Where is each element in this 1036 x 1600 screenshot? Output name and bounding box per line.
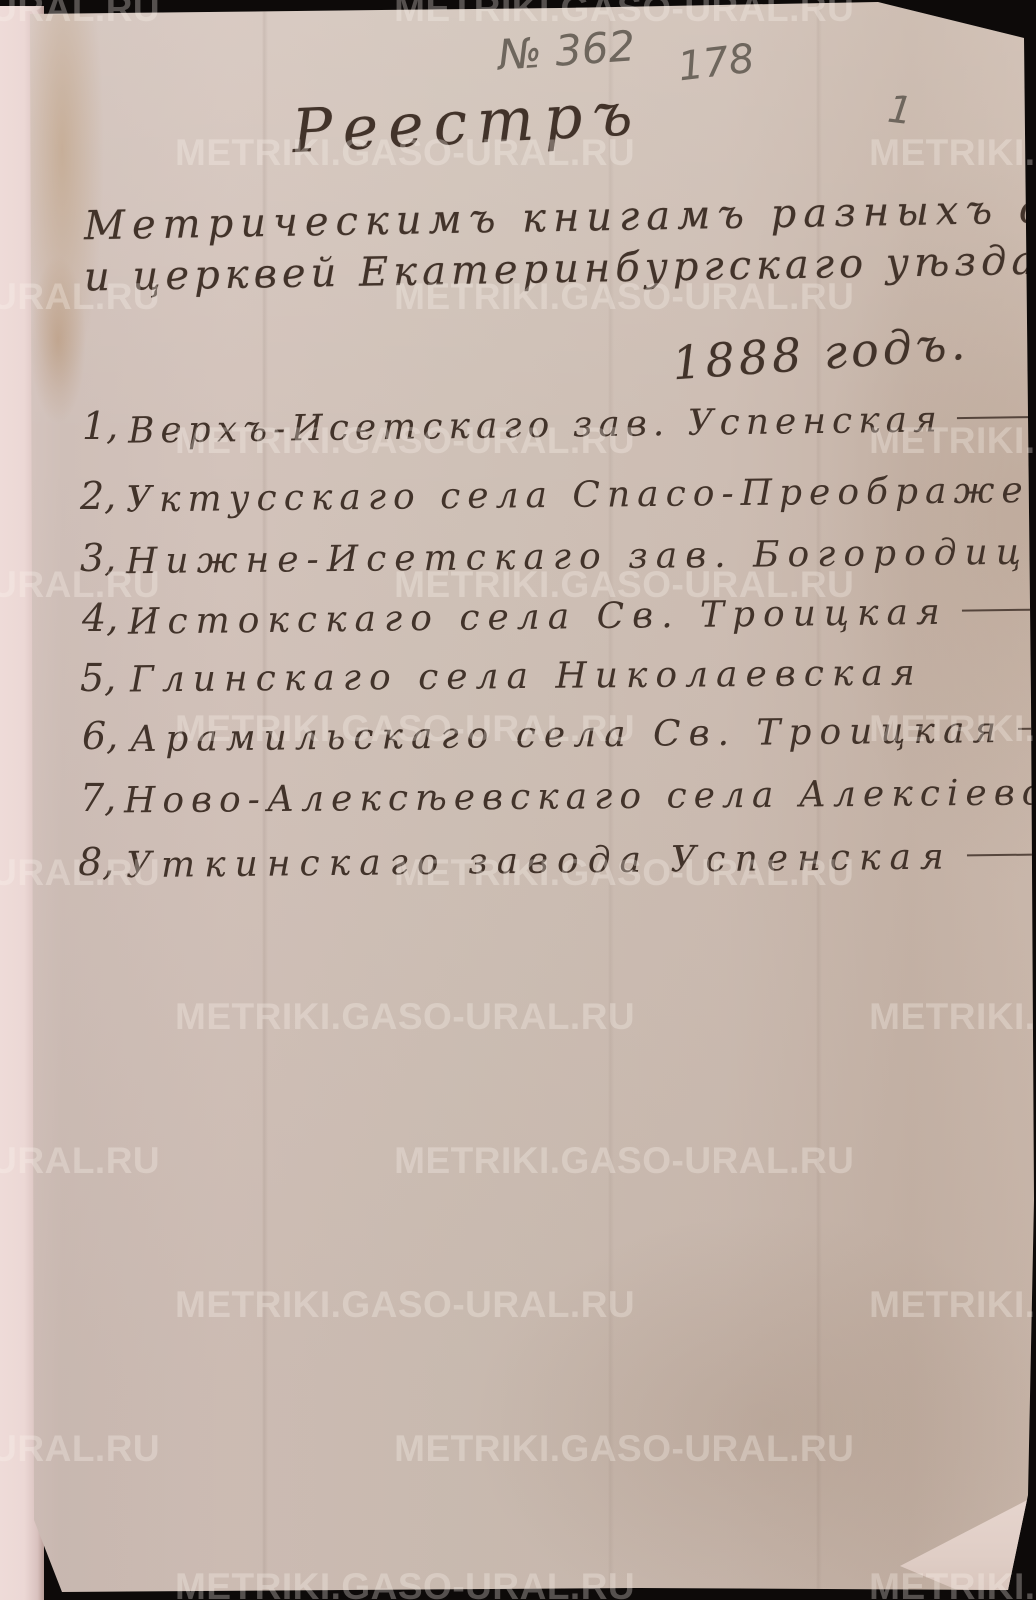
archive-number-alt: 178 [675,36,756,91]
entry-church: Истокскаго села Св. Троицкая [128,590,1036,643]
torn-page-corner [900,1488,1036,1600]
trailing-dash [967,853,1036,856]
entry-church-label: Нижне-Исетскаго зав. Богородицкая [126,531,1036,582]
entry-church-label: Арамильскаго села Св. Троицкая [130,710,1005,760]
entry-number: 7, [80,776,116,820]
scanned-document-page: № 362 178 1 Реестръ Метрическимъ книгамъ… [0,0,1036,1600]
page-number: 1 [885,87,914,134]
entry-number: 2, [80,474,116,518]
entry-number: 6, [82,714,118,758]
year-heading: 1888 годъ. [670,316,970,391]
entry-church-label: Уткинскаго завода Успенская [126,836,953,886]
entry-church-label: Истокскаго села Св. Троицкая [128,592,948,643]
trailing-dash [957,415,1036,419]
subtitle-line-2: и церквей Екатеринбургскаго уѣзда. [84,238,1036,301]
entry-church: Арамильскаго села Св. Троицкая [130,709,1036,760]
entry-church: Уткинскаго завода Успенская [126,835,1036,886]
entry-number: 8, [78,840,114,884]
entry-church: Ново-Алексѣевскаго села Алексіевская [124,772,1036,822]
trailing-dash [1018,727,1036,730]
entry-church: Глинскаго села Николаевская [130,653,923,701]
entry-number: 1, [82,404,118,448]
entry-church-label: Глинскаго села Николаевская [130,653,923,701]
entry-church: Верхъ-Исетскаго зав. Успенская [128,397,1036,451]
entry-number: 4, [82,596,118,640]
document-title: Реестръ [290,79,643,167]
entry-church-label: Уктусскаго села Спасо-Преображенская [126,469,1036,521]
entry-church: Уктусскаго села Спасо-Преображенская [126,469,1036,521]
manuscript-page: № 362 178 1 Реестръ Метрическимъ книгамъ… [0,0,1036,1600]
entry-number: 3, [80,536,116,580]
trailing-dash [962,608,1036,611]
entry-church-label: Ново-Алексѣевскаго села Алексіевская [124,772,1036,822]
entry-number: 5, [80,656,116,700]
archive-number: № 362 [496,21,636,79]
entry-church-label: Верхъ-Исетскаго зав. Успенская [128,399,943,451]
entry-church: Нижне-Исетскаго зав. Богородицкая [126,531,1036,582]
